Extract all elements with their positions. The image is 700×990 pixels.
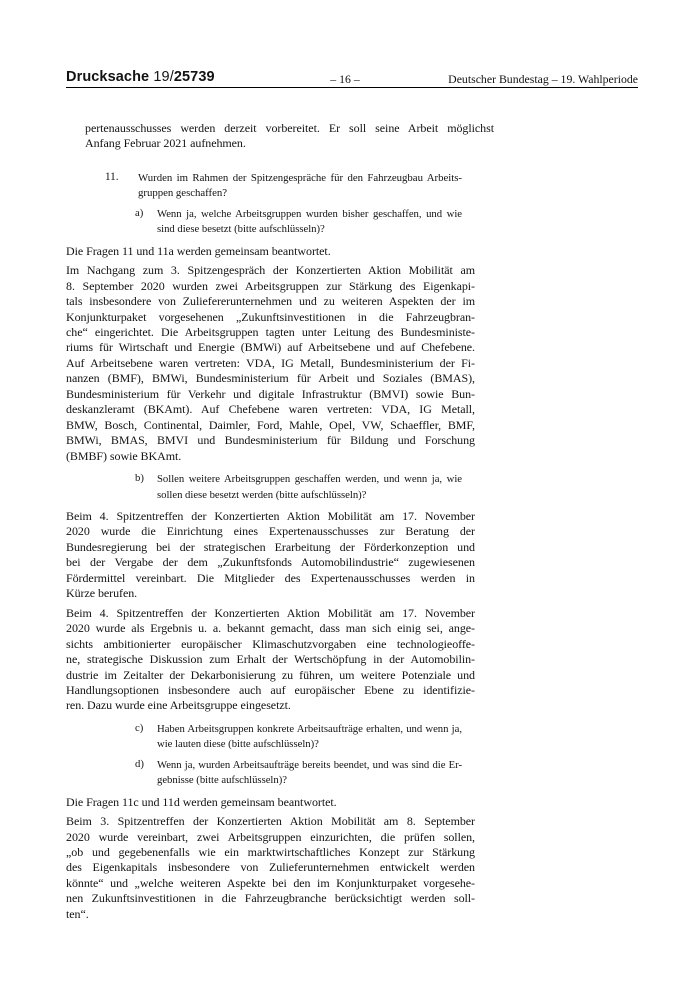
text-line: Die Fragen 11 und 11a werden gemeinsam b… bbox=[66, 244, 475, 259]
text-line: Sollen weitere Arbeitsgruppen geschaffen… bbox=[157, 472, 462, 487]
question-marker: c) bbox=[135, 722, 157, 753]
answer-paragraph: Beim 4. Spitzentreffen der Konzertierten… bbox=[66, 606, 475, 714]
edition-label: Deutscher Bundestag – 19. Wahlperiode bbox=[448, 72, 638, 87]
text-line: dustrie im Zeitalter der Dekarbonisierun… bbox=[66, 668, 475, 683]
subquestion-item: a)Wenn ja, welche Arbeitsgruppen wurden … bbox=[135, 207, 475, 238]
text-line: bei der Vergabe der dem „Zukunftsfonds A… bbox=[66, 555, 475, 570]
subquestion-item: b)Sollen weitere Arbeitsgruppen geschaff… bbox=[135, 472, 475, 503]
text-line: Wenn ja, welche Arbeitsgruppen wurden bi… bbox=[157, 207, 462, 222]
answer-paragraph: Beim 3. Spitzentreffen der Konzertierten… bbox=[66, 814, 475, 922]
question-marker: 11. bbox=[105, 171, 138, 202]
answer-paragraph: Die Fragen 11 und 11a werden gemeinsam b… bbox=[66, 244, 475, 259]
text-line: riums für Wirtschaft und Energie (BMWi) … bbox=[66, 340, 475, 355]
text-line: gruppen geschaffen? bbox=[138, 186, 462, 201]
text-line: ne, strategische Diskussion zum Erhalt d… bbox=[66, 652, 475, 667]
subquestion-item: d)Wenn ja, wurden Arbeitsaufträge bereit… bbox=[135, 758, 475, 789]
question-marker: a) bbox=[135, 207, 157, 238]
text-line: des Eigenkapitals insbesondere von Zulie… bbox=[66, 860, 475, 875]
answer-paragraph: Im Nachgang zum 3. Spitzengespräch der K… bbox=[66, 263, 475, 464]
page-number: – 16 – bbox=[295, 72, 395, 87]
text-line: (BMBF) sowie BKAmt. bbox=[66, 449, 475, 464]
text-line: Beim 4. Spitzentreffen der Konzertierten… bbox=[66, 606, 475, 621]
doc-number-prefix: 19/ bbox=[153, 69, 173, 85]
text-line: könnte“ und „welche weiteren Aspekte bei… bbox=[66, 876, 475, 891]
text-line: sind diese besetzt (bitte aufschlüsseln)… bbox=[157, 222, 462, 237]
text-line: Wenn ja, wurden Arbeitsaufträge bereits … bbox=[157, 758, 462, 773]
question-item: 11.Wurden im Rahmen der Spitzengespräche… bbox=[105, 171, 475, 202]
text-line: 2020 wurde vereinbart, zwei Arbeitsgrupp… bbox=[66, 830, 475, 845]
text-line: Im Nachgang zum 3. Spitzengespräch der K… bbox=[66, 263, 475, 278]
question-marker: b) bbox=[135, 472, 157, 503]
question-text: Sollen weitere Arbeitsgruppen geschaffen… bbox=[157, 472, 462, 503]
text-line: ren. Dazu wurde eine Arbeitsgruppe einge… bbox=[66, 698, 475, 713]
answer-paragraph: Beim 4. Spitzentreffen der Konzertierten… bbox=[66, 509, 475, 602]
doc-reference: Drucksache 19/25739 bbox=[66, 69, 215, 85]
text-line: Kürze berufen. bbox=[66, 586, 475, 601]
text-line: gebnisse (bitte aufschlüsseln)? bbox=[157, 773, 462, 788]
text-line: Haben Arbeitsgruppen konkrete Arbeitsauf… bbox=[157, 722, 462, 737]
text-line: Beim 4. Spitzentreffen der Konzertierten… bbox=[66, 509, 475, 524]
text-line: tals insbesondere von Zuliefererunterneh… bbox=[66, 294, 475, 309]
text-line: „ob und gegebenenfalls wie ein marktwirt… bbox=[66, 845, 475, 860]
text-line: sichts ambitionierter europäischer Klima… bbox=[66, 637, 475, 652]
text-line: 2020 wurde die Einrichtung eines Experte… bbox=[66, 524, 475, 539]
text-line: nanzen (BMF), BMWi, Bundesministerium fü… bbox=[66, 371, 475, 386]
text-line: sollen diese besetzt werden (bitte aufsc… bbox=[157, 488, 462, 503]
text-line: BMWi, BMAS, BMVI und Bundesministerium f… bbox=[66, 433, 475, 448]
question-text: Wurden im Rahmen der Spitzengespräche fü… bbox=[138, 171, 462, 202]
header-rule bbox=[66, 87, 638, 88]
text-line: deskanzleramt (BKAmt). Auf Chefebene war… bbox=[66, 402, 475, 417]
document-body: pertenausschusses werden derzeit vorbere… bbox=[66, 89, 475, 922]
text-line: Fördermittel vereinbart. Die Mitglieder … bbox=[66, 571, 475, 586]
text-line: Anfang Februar 2021 aufnehmen. bbox=[85, 136, 494, 151]
text-line: BMW, Bosch, Continental, Daimler, Ford, … bbox=[66, 418, 475, 433]
text-line: nen Zukunftsinvestitionen in die Fahrzeu… bbox=[66, 891, 475, 906]
text-line: 2020 wurde als Ergebnis u. a. bekannt ge… bbox=[66, 621, 475, 636]
question-text: Wenn ja, welche Arbeitsgruppen wurden bi… bbox=[157, 207, 462, 238]
text-line: Bundesministerium für Verkehr und digita… bbox=[66, 387, 475, 402]
doc-label: Drucksache bbox=[66, 69, 149, 85]
text-line: pertenausschusses werden derzeit vorbere… bbox=[85, 121, 494, 136]
answer-paragraph: pertenausschusses werden derzeit vorbere… bbox=[85, 121, 494, 152]
text-line: ten“. bbox=[66, 907, 475, 922]
text-line: Beim 3. Spitzentreffen der Konzertierten… bbox=[66, 814, 475, 829]
text-line: Bundesregierung bei der strategischen Er… bbox=[66, 540, 475, 555]
answer-paragraph: Die Fragen 11c und 11d werden gemeinsam … bbox=[66, 795, 475, 810]
text-line: Wurden im Rahmen der Spitzengespräche fü… bbox=[138, 171, 462, 186]
question-text: Wenn ja, wurden Arbeitsaufträge bereits … bbox=[157, 758, 462, 789]
text-line: Konjunkturpaket vorgesehenen „Zukunftsin… bbox=[66, 310, 475, 325]
text-line: 8. September 2020 wurden zwei Arbeitsgru… bbox=[66, 279, 475, 294]
text-line: Die Fragen 11c und 11d werden gemeinsam … bbox=[66, 795, 475, 810]
text-line: wie lauten diese (bitte aufschlüsseln)? bbox=[157, 737, 462, 752]
subquestion-item: c)Haben Arbeitsgruppen konkrete Arbeitsa… bbox=[135, 722, 475, 753]
text-line: che“ eingerichtet. Die Arbeitsgruppen ta… bbox=[66, 325, 475, 340]
question-text: Haben Arbeitsgruppen konkrete Arbeitsauf… bbox=[157, 722, 462, 753]
text-line: Handlungsoptionen insbesondere auch auf … bbox=[66, 683, 475, 698]
doc-number: 25739 bbox=[174, 69, 215, 85]
document-page: Drucksache 19/25739 – 16 – Deutscher Bun… bbox=[0, 0, 700, 990]
text-line: Auf Arbeitsebene waren vertreten: VDA, I… bbox=[66, 356, 475, 371]
question-marker: d) bbox=[135, 758, 157, 789]
